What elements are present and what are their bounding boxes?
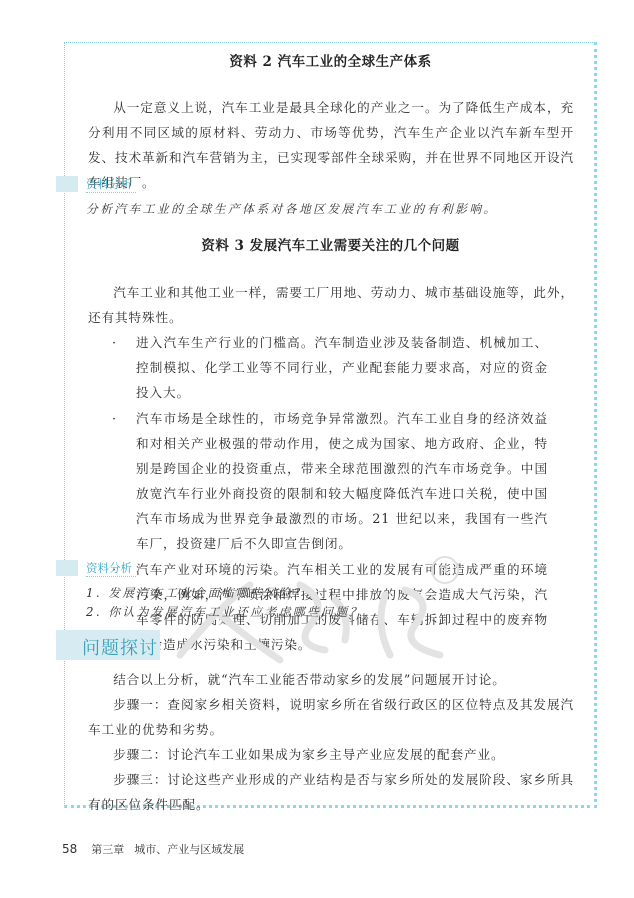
analysis-1-text: 分析汽车工业的全球生产体系对各地区发展汽车工业的有利影响。: [86, 200, 586, 219]
analysis-2-question-2: 2. 你认为发展汽车工业还应考虑哪些问题？: [86, 603, 486, 622]
analysis-tag-2: 资料分析: [56, 560, 138, 576]
discussion-step-1: 步骤一：查阅家乡相关资料，说明家乡所在省级行政区的区位特点及其发展汽车工业的优势…: [88, 692, 574, 742]
chapter-number: 第三章: [91, 843, 124, 856]
analysis-2-question-1: 1. 发展汽车工业会面临哪些风险？: [86, 584, 486, 603]
discussion-tab-label: 问题探讨: [82, 634, 158, 660]
analysis-tag-label: 资料分析: [86, 176, 136, 193]
material-2-heading: 资料 2 汽车工业的全球生产体系: [64, 50, 597, 70]
discussion-intro: 结合以上分析，就“汽车工业能否带动家乡的发展”问题展开讨论。: [88, 667, 574, 692]
page-footer: 58第三章城市、产业与区域发展: [62, 841, 244, 857]
discussion-step-2: 步骤二：讨论汽车工业如果成为家乡主导产业应发展的配套产业。: [88, 742, 574, 767]
material-3-heading: 资料 3 发展汽车工业需要关注的几个问题: [64, 234, 597, 254]
bullet-text: 进入汽车生产行业的门槛高。汽车制造业涉及装备制造、机械加工、控制模拟、化学工业等…: [136, 335, 548, 400]
page-number: 58: [62, 842, 77, 856]
material-2-paragraph: 从一定意义上说，汽车工业是最具全球化的产业之一。为了降低生产成本，充分利用不同区…: [88, 95, 574, 195]
list-item: · 汽车市场是全球性的，市场竞争异常激烈。汽车工业自身的经济效益和对相关产业极强…: [108, 406, 548, 556]
chapter-title: 城市、产业与区域发展: [134, 843, 244, 856]
analysis-tag-1: 资料分析: [56, 176, 138, 192]
material-3-intro: 汽车工业和其他工业一样，需要工厂用地、劳动力、城市基础设施等，此外，还有其特殊性…: [88, 280, 574, 330]
tag-marker: [56, 560, 78, 576]
bullet-dot-icon: ·: [112, 406, 117, 431]
discussion-step-3: 步骤三：讨论这些产业形成的产业结构是否与家乡所处的发展阶段、家乡所具有的区位条件…: [88, 767, 574, 817]
list-item: · 进入汽车生产行业的门槛高。汽车制造业涉及装备制造、机械加工、控制模拟、化学工…: [108, 330, 548, 405]
bullet-dot-icon: ·: [112, 330, 117, 355]
bullet-text: 汽车市场是全球性的，市场竞争异常激烈。汽车工业自身的经济效益和对相关产业极强的带…: [136, 411, 548, 551]
tag-marker: [56, 176, 78, 192]
analysis-tag-label: 资料分析: [86, 560, 136, 577]
discussion-section-tab: 问题探讨: [56, 630, 160, 660]
